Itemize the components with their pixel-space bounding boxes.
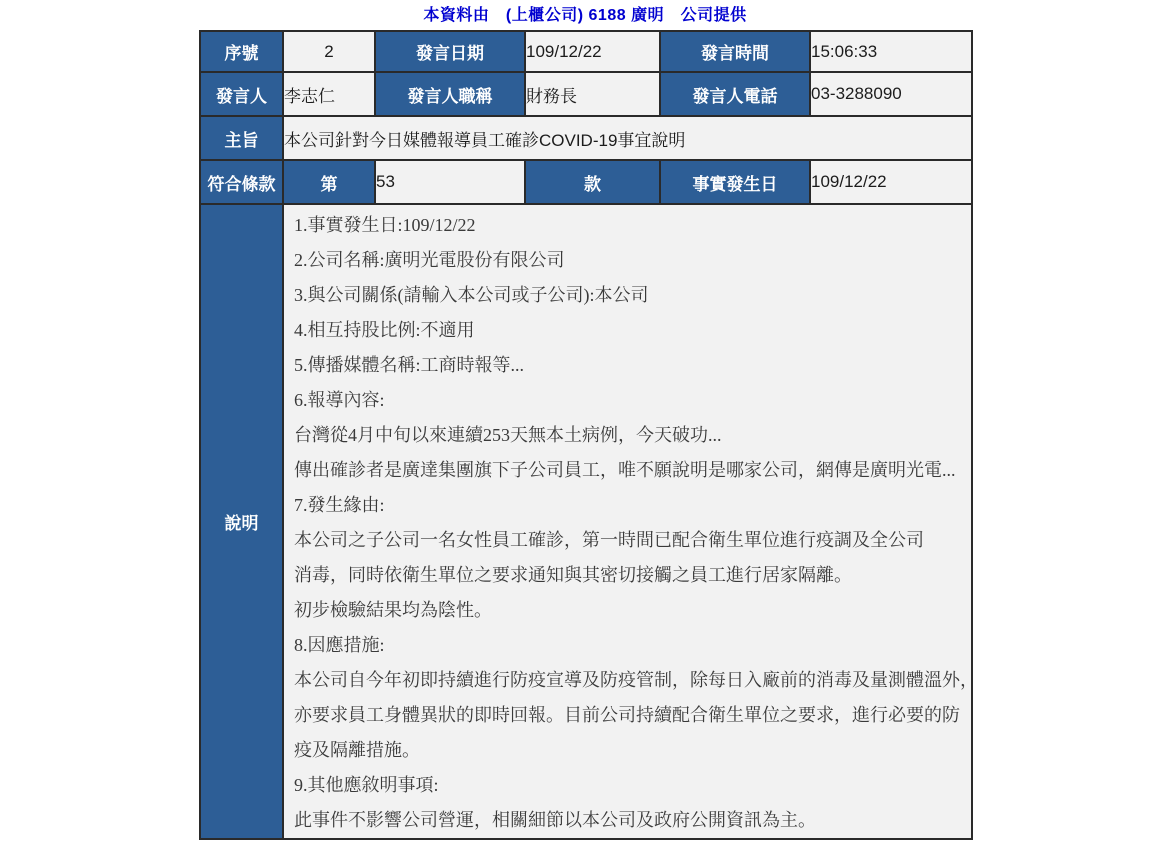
description-line: 4.相互持股比例:不適用 bbox=[294, 313, 961, 348]
announcement-page: 本資料由 (上櫃公司) 6188 廣明 公司提供 序號 2 發言日期 109/1… bbox=[0, 0, 1170, 846]
speak-time-label-cell: 發言時間 bbox=[660, 31, 810, 72]
clause-label-cell: 符合條款 bbox=[200, 160, 283, 204]
row-speaker: 發言人 李志仁 發言人職稱 財務長 發言人電話 03-3288090 bbox=[200, 72, 972, 116]
row-subject: 主旨 本公司針對今日媒體報導員工確診COVID-19事宜說明 bbox=[200, 116, 972, 160]
clause-article-value-cell: 53 bbox=[375, 160, 525, 204]
row-sequence: 序號 2 發言日期 109/12/22 發言時間 15:06:33 bbox=[200, 31, 972, 72]
description-line: 傳出確診者是廣達集團旗下子公司員工，唯不願說明是哪家公司，網傳是廣明光電... bbox=[294, 453, 961, 488]
page-title: 本資料由 (上櫃公司) 6188 廣明 公司提供 bbox=[0, 2, 1170, 25]
clause-item-label-cell: 款 bbox=[525, 160, 660, 204]
description-line: 台灣從4月中旬以來連續253天無本土病例，今天破功... bbox=[294, 418, 961, 453]
speak-date-label-cell: 發言日期 bbox=[375, 31, 525, 72]
description-line: 1.事實發生日:109/12/22 bbox=[294, 208, 961, 243]
speak-date-value-cell: 109/12/22 bbox=[525, 31, 660, 72]
description-line: 2.公司名稱:廣明光電股份有限公司 bbox=[294, 243, 961, 278]
description-line: 初步檢驗結果均為陰性。 bbox=[294, 593, 961, 628]
announcement-table: 序號 2 發言日期 109/12/22 發言時間 15:06:33 發言人 李志… bbox=[199, 30, 973, 840]
seq-label-cell: 序號 bbox=[200, 31, 283, 72]
description-line: 消毒，同時依衛生單位之要求通知與其密切接觸之員工進行居家隔離。 bbox=[294, 558, 961, 593]
description-line: 9.其他應敘明事項: bbox=[294, 768, 961, 803]
description-line: 7.發生緣由: bbox=[294, 488, 961, 523]
speaker-title-label-cell: 發言人職稱 bbox=[375, 72, 525, 116]
description-line: 6.報導內容: bbox=[294, 383, 961, 418]
clause-article-label-cell: 第 bbox=[283, 160, 375, 204]
description-line: 疫及隔離措施。 bbox=[294, 733, 961, 768]
subject-value-cell: 本公司針對今日媒體報導員工確診COVID-19事宜說明 bbox=[283, 116, 972, 160]
seq-value-cell: 2 bbox=[283, 31, 375, 72]
speaker-phone-label-cell: 發言人電話 bbox=[660, 72, 810, 116]
speak-time-value-cell: 15:06:33 bbox=[810, 31, 972, 72]
speaker-label-cell: 發言人 bbox=[200, 72, 283, 116]
speaker-value-cell: 李志仁 bbox=[283, 72, 375, 116]
fact-date-label-cell: 事實發生日 bbox=[660, 160, 810, 204]
description-line: 亦要求員工身體異狀的即時回報。目前公司持續配合衛生單位之要求，進行必要的防 bbox=[294, 698, 961, 733]
description-line: 本公司之子公司一名女性員工確診，第一時間已配合衛生單位進行疫調及全公司 bbox=[294, 523, 961, 558]
speaker-phone-value-cell: 03-3288090 bbox=[810, 72, 972, 116]
row-description: 說明 1.事實發生日:109/12/222.公司名稱:廣明光電股份有限公司3.與… bbox=[200, 204, 972, 839]
description-content-cell: 1.事實發生日:109/12/222.公司名稱:廣明光電股份有限公司3.與公司關… bbox=[283, 204, 972, 839]
description-line: 5.傳播媒體名稱:工商時報等... bbox=[294, 348, 961, 383]
description-line: 此事件不影響公司營運，相關細節以本公司及政府公開資訊為主。 bbox=[294, 803, 961, 838]
speaker-title-value-cell: 財務長 bbox=[525, 72, 660, 116]
description-line: 本公司自今年初即持續進行防疫宣導及防疫管制，除每日入廠前的消毒及量測體溫外， bbox=[294, 663, 961, 698]
fact-date-value-cell: 109/12/22 bbox=[810, 160, 972, 204]
description-line: 3.與公司關係(請輸入本公司或子公司):本公司 bbox=[294, 278, 961, 313]
subject-label-cell: 主旨 bbox=[200, 116, 283, 160]
description-line: 8.因應措施: bbox=[294, 628, 961, 663]
description-label-cell: 說明 bbox=[200, 204, 283, 839]
row-clause: 符合條款 第 53 款 事實發生日 109/12/22 bbox=[200, 160, 972, 204]
